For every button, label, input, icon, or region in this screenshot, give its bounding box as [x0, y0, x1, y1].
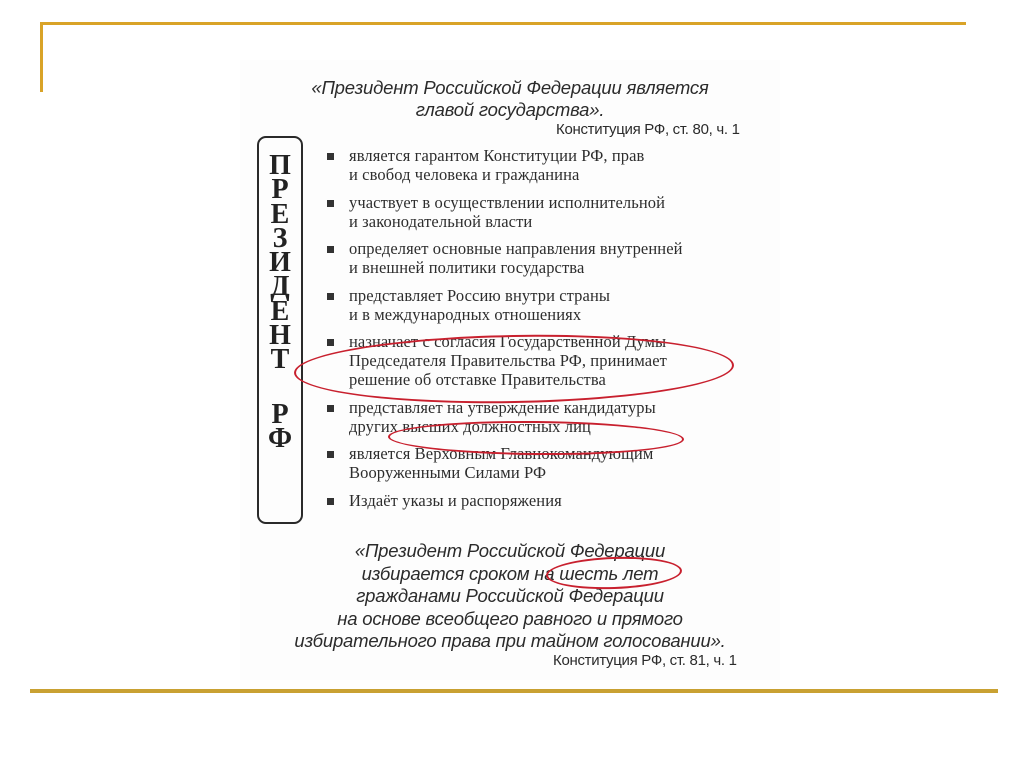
rf-letter: Ф [259, 427, 301, 451]
square-bullet-icon [327, 405, 334, 412]
frame-top-line [40, 22, 966, 25]
frame-bottom-line [30, 689, 998, 693]
bottom-quote-line: гражданами Российской Федерации [280, 585, 740, 608]
frame-left-line [40, 22, 43, 92]
square-bullet-icon [327, 451, 334, 458]
president-label-box: ПРЕЗИДЕНТРФ [257, 136, 303, 524]
power-list-item: Издаёт указы и распоряжения [325, 491, 765, 510]
power-text: представляет Россию внутри страны и в ме… [349, 286, 765, 324]
powers-list: является гарантом Конституции РФ, прав и… [325, 146, 765, 518]
power-text: Издаёт указы и распоряжения [349, 491, 765, 510]
power-text: определяет основные направления внутренн… [349, 239, 765, 277]
square-bullet-icon [327, 293, 334, 300]
bottom-quote-citation: Конституция РФ, ст. 81, ч. 1 [553, 652, 737, 669]
president-label-letters: ПРЕЗИДЕНТРФ [259, 154, 301, 451]
power-text: участвует в осуществлении исполнительной… [349, 193, 765, 231]
power-list-item: представляет Россию внутри страны и в ме… [325, 286, 765, 324]
power-list-item: определяет основные направления внутренн… [325, 239, 765, 277]
square-bullet-icon [327, 200, 334, 207]
square-bullet-icon [327, 339, 334, 346]
bottom-quote: «Президент Российской Федерацииизбираетс… [280, 540, 740, 653]
top-quote-line-2: главой государства». [300, 99, 720, 121]
bottom-quote-line: избирательного права при тайном голосова… [280, 630, 740, 653]
top-quote-citation: Конституция РФ, ст. 80, ч. 1 [556, 121, 740, 138]
bottom-quote-line: «Президент Российской Федерации [280, 540, 740, 563]
square-bullet-icon [327, 498, 334, 505]
power-list-item: участвует в осуществлении исполнительной… [325, 193, 765, 231]
square-bullet-icon [327, 153, 334, 160]
square-bullet-icon [327, 246, 334, 253]
bottom-quote-line: на основе всеобщего равного и прямого [280, 608, 740, 631]
power-list-item: является гарантом Конституции РФ, прав и… [325, 146, 765, 184]
top-quote-line-1: «Президент Российской Федерации является [300, 77, 720, 99]
top-quote: «Президент Российской Федерации является… [300, 77, 720, 121]
power-text: является гарантом Конституции РФ, прав и… [349, 146, 765, 184]
